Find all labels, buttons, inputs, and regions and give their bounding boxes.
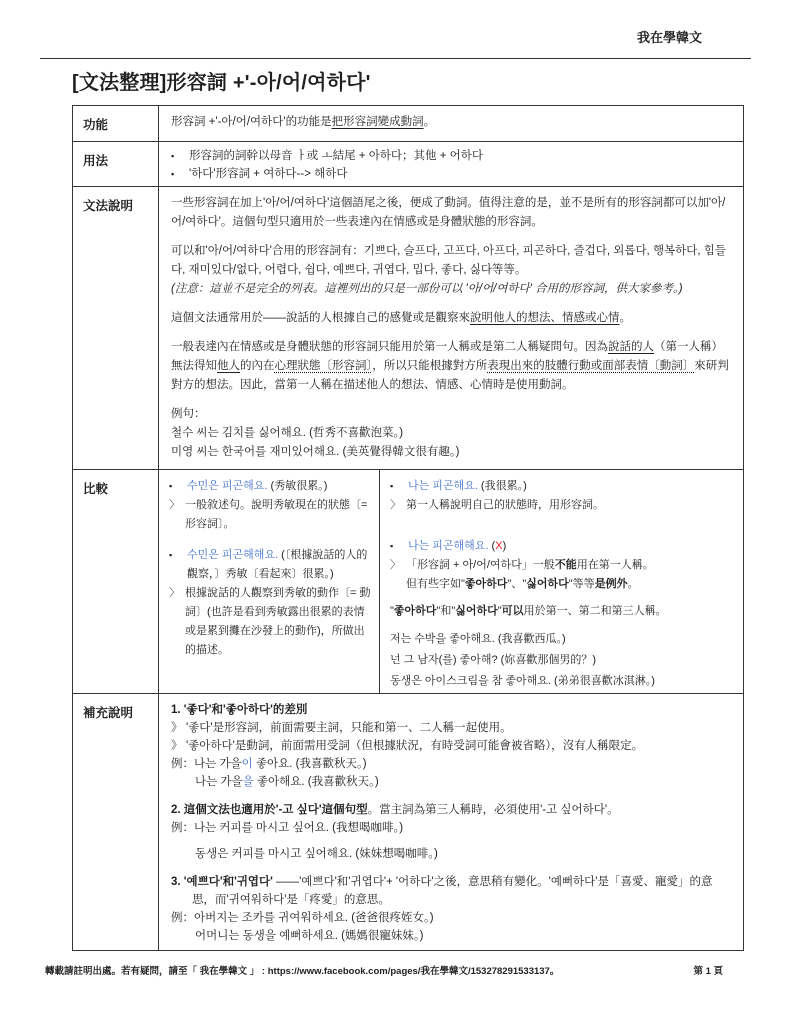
row-function-label: 功能 — [73, 106, 159, 141]
supplement-item-1-example-2: 나는 가을을 좋아해요. (我喜歡秋天。) — [171, 773, 731, 791]
comparison-rule-text: "좋아하다"和"싫어하다"可以用於第一、第二和第三人稱。 — [390, 602, 735, 621]
comparison-right-column: ▪ 나는 피곤해요. (我很累。) 〉 第一人稱說明自己的狀態時，用形容詞。 ▪… — [379, 470, 743, 693]
comparison-left-column: ▪ 수민은 피곤해요. (秀敏很累。) 〉 一般敘述句。說明秀敏現在的狀態〔=形… — [159, 470, 379, 693]
row-usage: 用法 ▪ 形容詞的詞幹以母音 ㅏ或 ㅗ結尾 + 아하다；其他 + 어하다 ▪ '… — [73, 142, 743, 187]
usage-bullet-1-text: 形容詞的詞幹以母音 ㅏ或 ㅗ結尾 + 아하다；其他 + 어하다 — [189, 147, 731, 165]
grammar-example-1: 철수 씨는 김치를 싫어해요. (哲秀不喜歡泡菜。) — [171, 424, 731, 443]
comparison-left-item-2: ▪ 수민은 피곤해해요. (〔根據說話的人的觀察，〕秀敏〔看起來〕很累。) 〉 … — [169, 546, 371, 660]
supplement-item-2-example-2: 동생은 커피를 마시고 싶어해요. (妹妹想喝咖啡。) — [171, 845, 731, 863]
comparison-right-item-1-head: ▪ 나는 피곤해요. (我很累。) — [390, 477, 735, 496]
supplement-item-2-example-1: 例：나는 커피를 마시고 싶어요. (我想喝咖啡。) — [171, 819, 731, 837]
grammar-paragraph-1: 一些形容詞在加上'아/어/여하다'這個語尾之後，便成了動詞。值得注意的是，並不是… — [171, 194, 731, 232]
arrow-icon: 〉 — [169, 584, 185, 603]
row-grammar-label: 文法說明 — [73, 187, 159, 469]
comparison-right-item-1-sentence: 나는 피곤해요. (我很累。) — [408, 477, 735, 496]
row-comparison: 比較 ▪ 수민은 피곤해요. (秀敏很累。) 〉 一般敘述句。說明秀敏現在的狀態… — [73, 470, 743, 694]
comparison-right-item-2-note: 〉 「形容詞 + 아/어/여하다」一般不能用在第一人稱。 但有些字如"좋아하다"… — [390, 556, 735, 594]
comparison-right-example-3: 동생은 아이스크림을 참 좋아해요. (弟弟很喜歡冰淇淋。) — [390, 671, 735, 692]
comparison-right-item-2-note-line-1: 「形容詞 + 아/어/여하다」一般不能用在第一人稱。 — [406, 559, 654, 571]
bullet-icon: ▪ — [390, 537, 408, 555]
row-usage-content: ▪ 形容詞的詞幹以母音 ㅏ或 ㅗ結尾 + 아하다；其他 + 어하다 ▪ '하다'… — [159, 142, 743, 186]
comparison-left-item-1: ▪ 수민은 피곤해요. (秀敏很累。) 〉 一般敘述句。說明秀敏現在的狀態〔=形… — [169, 477, 371, 534]
grammar-examples-label: 例句： — [171, 405, 731, 424]
supplement-item-1-note-1: 》 '좋다'是形容詞，前面需要主詞，只能和第一、二人稱一起使用。 — [171, 719, 731, 737]
footer-page-number: 第 1 頁 — [693, 963, 723, 977]
comparison-right-item-2-sentence: 나는 피곤해해요. (X) — [408, 537, 735, 556]
row-function: 功能 形容詞 +'-아/어/여하다'的功能是把形容詞變成動詞。 — [73, 106, 743, 142]
row-supplement: 補充說明 1. '좋다'和'좋아하다'的差別 》 '좋다'是形容詞，前面需要主詞… — [73, 694, 743, 950]
supplement-item-1: 1. '좋다'和'좋아하다'的差別 》 '좋다'是形容詞，前面需要主詞，只能和第… — [171, 701, 731, 791]
comparison-left-item-1-note-text: 一般敘述句。說明秀敏現在的狀態〔=形容詞〕。 — [185, 496, 371, 534]
header-divider — [40, 58, 751, 59]
comparison-right-examples: 저는 수박을 좋아해요. (我喜歡西瓜。) 넌 그 남자(를) 좋아해? (妳喜… — [390, 629, 735, 692]
usage-bullet-1: ▪ 形容詞的詞幹以母音 ㅏ或 ㅗ結尾 + 아하다；其他 + 어하다 — [171, 147, 731, 165]
supplement-item-2: 2. 這個文法也適用於'-고 싶다'這個句型。當主詞為第三人稱時，必須使用'-고… — [171, 801, 731, 863]
arrow-icon: 〉 — [169, 496, 185, 515]
function-text: 形容詞 +'-아/어/여하다'的功能是把形容詞變成動詞。 — [171, 113, 731, 132]
comparison-right-item-1-note-text: 第一人稱說明自己的狀態時，用形容詞。 — [406, 496, 735, 515]
comparison-right-example-2: 넌 그 남자(를) 좋아해? (妳喜歡那個男的？) — [390, 650, 735, 671]
row-comparison-content: ▪ 수민은 피곤해요. (秀敏很累。) 〉 一般敘述句。說明秀敏現在的狀態〔=形… — [159, 470, 743, 693]
supplement-item-1-note-1-text: '좋다'是形容詞，前面需要主詞，只能和第一、二人稱一起使用。 — [186, 719, 731, 737]
grammar-table: 功能 形容詞 +'-아/어/여하다'的功能是把形容詞變成動詞。 用法 ▪ 形容詞… — [72, 105, 744, 951]
bullet-icon: ▪ — [169, 477, 187, 495]
double-arrow-icon: 》 — [171, 737, 186, 755]
supplement-item-3: 3. '예쁘다'和'귀엽다' ——'예쁘다'和'귀엽다'+ '어하다'之後，意思… — [171, 873, 731, 945]
double-arrow-icon: 》 — [171, 719, 186, 737]
supplement-item-2-head: 2. 這個文法也適用於'-고 싶다'這個句型。當主詞為第三人稱時，必須使用'-고… — [171, 801, 731, 819]
arrow-icon: 〉 — [390, 496, 406, 515]
comparison-left-item-2-sentence: 수민은 피곤해해요. (〔根據說話的人的觀察，〕秀敏〔看起來〕很累。) — [187, 546, 371, 584]
page-footer: 轉載請註明出處。若有疑問，請至「 我在學韓文 」 : https://www.f… — [45, 963, 723, 977]
supplement-item-3-head: 3. '예쁘다'和'귀엽다' ——'예쁘다'和'귀엽다'+ '어하다'之後，意思… — [171, 873, 731, 909]
comparison-right-example-1: 저는 수박을 좋아해요. (我喜歡西瓜。) — [390, 629, 735, 650]
comparison-left-item-1-note: 〉 一般敘述句。說明秀敏現在的狀態〔=形容詞〕。 — [169, 496, 371, 534]
row-supplement-label: 補充說明 — [73, 694, 159, 950]
supplement-item-3-example-1: 例：아버지는 조카를 귀여워하세요. (爸爸很疼姪女。) — [171, 909, 731, 927]
usage-bullet-2-text: '하다'形容詞 + 여하다--> 해하다 — [189, 165, 731, 183]
comparison-right-item-2-note-line-2: 但有些字如"좋아하다"、"싫어하다"等等是例外。 — [406, 578, 639, 590]
row-grammar-content: 一些形容詞在加上'아/어/여하다'這個語尾之後，便成了動詞。值得注意的是，並不是… — [159, 187, 743, 469]
comparison-left-item-1-sentence: 수민은 피곤해요. (秀敏很累。) — [187, 477, 371, 496]
supplement-item-1-head: 1. '좋다'和'좋아하다'的差別 — [171, 701, 731, 719]
supplement-item-1-example-1: 例：나는 가을이 좋아요. (我喜歡秋天。) — [171, 755, 731, 773]
bullet-icon: ▪ — [171, 165, 189, 183]
supplement-item-1-note-2: 》 '좋아하다'是動詞，前面需用受詞（但根據狀況，有時受詞可能會被省略），沒有人… — [171, 737, 731, 755]
row-comparison-label: 比較 — [73, 470, 159, 693]
grammar-example-2: 미영 씨는 한국어를 재미있어해요. (美英覺得韓文很有趣。) — [171, 443, 731, 462]
comparison-left-item-1-head: ▪ 수민은 피곤해요. (秀敏很累。) — [169, 477, 371, 496]
bullet-icon: ▪ — [169, 546, 187, 564]
grammar-paragraph-2: 可以和'아/어/여하다'合用的形容詞有：기쁘다, 슬프다, 고프다, 아프다, … — [171, 242, 731, 280]
grammar-paragraph-2-note: (注意：這並不是完全的列表。這裡列出的只是一部份可以 '아/어/여하다' 合用的… — [171, 280, 731, 299]
row-grammar: 文法說明 一些形容詞在加上'아/어/여하다'這個語尾之後，便成了動詞。值得注意的… — [73, 187, 743, 470]
grammar-paragraph-4: 一般表達內在情感或是身體狀態的形容詞只能用於第一人稱或是第二人稱疑問句。因為說話… — [171, 338, 731, 395]
row-usage-label: 用法 — [73, 142, 159, 186]
comparison-left-item-2-note-text: 根據說話的人觀察到秀敏的動作〔= 動詞〕(也許是看到秀敏露出很累的表情或是累到攤… — [185, 584, 371, 660]
comparison-left-item-2-head: ▪ 수민은 피곤해해요. (〔根據說話的人的觀察，〕秀敏〔看起來〕很累。) — [169, 546, 371, 584]
bullet-icon: ▪ — [171, 147, 189, 165]
comparison-right-item-1: ▪ 나는 피곤해요. (我很累。) 〉 第一人稱說明自己的狀態時，用形容詞。 — [390, 477, 735, 515]
usage-bullet-2: ▪ '하다'形容詞 + 여하다--> 해하다 — [171, 165, 731, 183]
grammar-paragraph-3: 這個文法通常用於——說話的人根據自己的感覺或是觀察來說明他人的想法、情感或心情。 — [171, 309, 731, 328]
bullet-icon: ▪ — [390, 477, 408, 495]
comparison-right-item-2-note-text: 「形容詞 + 아/어/여하다」一般不能用在第一人稱。 但有些字如"좋아하다"、"… — [406, 556, 735, 594]
row-function-content: 形容詞 +'-아/어/여하다'的功能是把形容詞變成動詞。 — [159, 106, 743, 141]
supplement-item-3-example-2: 어머니는 동생을 예뻐하세요. (媽媽很寵妹妹。) — [171, 927, 731, 945]
arrow-icon: 〉 — [390, 556, 406, 575]
row-supplement-content: 1. '좋다'和'좋아하다'的差別 》 '좋다'是形容詞，前面需要主詞，只能和第… — [159, 694, 743, 950]
site-brand: 我在學韓文 — [637, 27, 702, 46]
supplement-item-1-note-2-text: '좋아하다'是動詞，前面需用受詞（但根據狀況，有時受詞可能會被省略），沒有人稱限… — [186, 737, 731, 755]
comparison-right-item-2: ▪ 나는 피곤해해요. (X) 〉 「形容詞 + 아/어/여하다」一般不能用在第… — [390, 537, 735, 594]
comparison-right-item-2-head: ▪ 나는 피곤해해요. (X) — [390, 537, 735, 556]
footer-note: 轉載請註明出處。若有疑問，請至「 我在學韓文 」 : https://www.f… — [45, 963, 559, 977]
page-title: [文法整理]形容詞 +'-아/어/여하다' — [72, 66, 371, 95]
comparison-left-item-2-note: 〉 根據說話的人觀察到秀敏的動作〔= 動詞〕(也許是看到秀敏露出很累的表情或是累… — [169, 584, 371, 660]
comparison-right-item-1-note: 〉 第一人稱說明自己的狀態時，用形容詞。 — [390, 496, 735, 515]
